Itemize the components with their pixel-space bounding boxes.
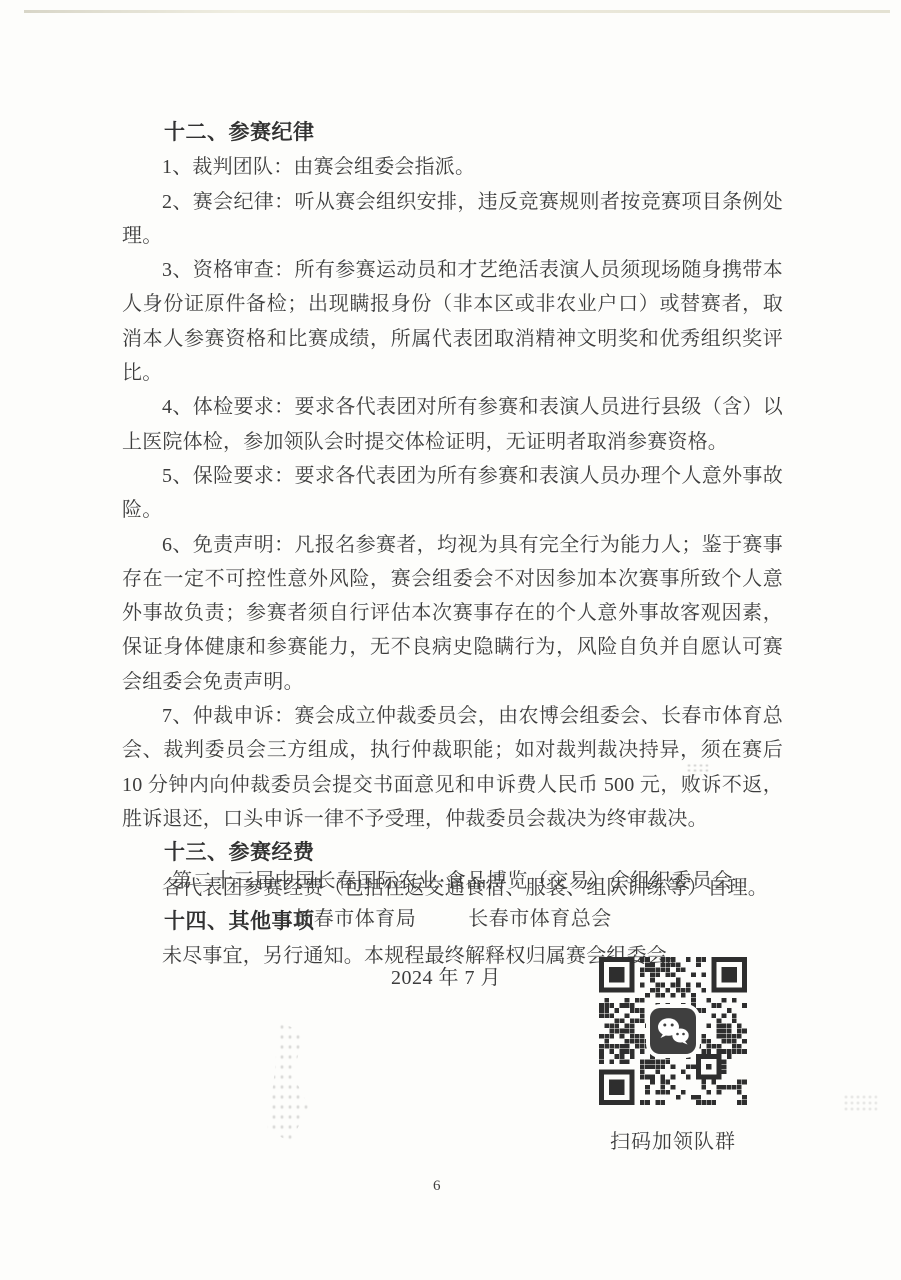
- page-number: 6: [433, 1178, 441, 1195]
- rule-item-4: 4、体检要求：要求各代表团对所有参赛和表演人员进行县级（含）以上医院体检，参加领…: [122, 390, 783, 459]
- rule-item-7: 7、仲裁申诉：赛会成立仲裁委员会，由农博会组委会、长春市体育总会、裁判委员会三方…: [122, 699, 783, 836]
- document-date: 2024 年 7 月: [391, 961, 501, 990]
- rule-item-2: 2、赛会纪律：听从赛会组织安排，违反竞赛规则者按竞赛项目条例处理。: [122, 185, 783, 254]
- signature-block: 第二十三届中国长春国际农业·食品博览（交易）会组织委员会 长春市体育局长春市体育…: [122, 862, 783, 938]
- org-sports-federation: 长春市体育总会: [468, 908, 612, 930]
- org-sports-bureau: 长春市体育局: [293, 908, 416, 930]
- qr-caption: 扫码加领队群: [599, 1125, 747, 1154]
- organizations-line: 长春市体育局长春市体育总会: [122, 900, 783, 938]
- organizing-committee-line: 第二十三届中国长春国际农业·食品博览（交易）会组织委员会: [122, 862, 783, 900]
- scan-smudge: [843, 1094, 877, 1112]
- document-body: 十二、参赛纪律 1、裁判团队：由赛会组委会指派。 2、赛会纪律：听从赛会组织安排…: [122, 116, 783, 973]
- rule-item-1: 1、裁判团队：由赛会组委会指派。: [122, 150, 783, 184]
- scan-smudge: [262, 1022, 314, 1142]
- section-heading-12: 十二、参赛纪律: [164, 116, 783, 150]
- rule-item-3: 3、资格审查：所有参赛运动员和才艺绝活表演人员须现场随身携带本人身份证原件备检；…: [122, 253, 783, 390]
- rule-item-6: 6、免责声明：凡报名参赛者，均视为具有完全行为能力人；鉴于赛事存在一定不可控性意…: [122, 528, 783, 699]
- document-page: 十二、参赛纪律 1、裁判团队：由赛会组委会指派。 2、赛会纪律：听从赛会组织安排…: [0, 0, 901, 1280]
- scanner-artifact-line: [24, 10, 890, 13]
- wechat-icon: [650, 1008, 696, 1054]
- qr-code: [599, 957, 747, 1105]
- rule-item-5: 5、保险要求：要求各代表团为所有参赛和表演人员办理个人意外事故险。: [122, 459, 783, 528]
- qr-code-figure: 扫码加领队群: [599, 957, 747, 1154]
